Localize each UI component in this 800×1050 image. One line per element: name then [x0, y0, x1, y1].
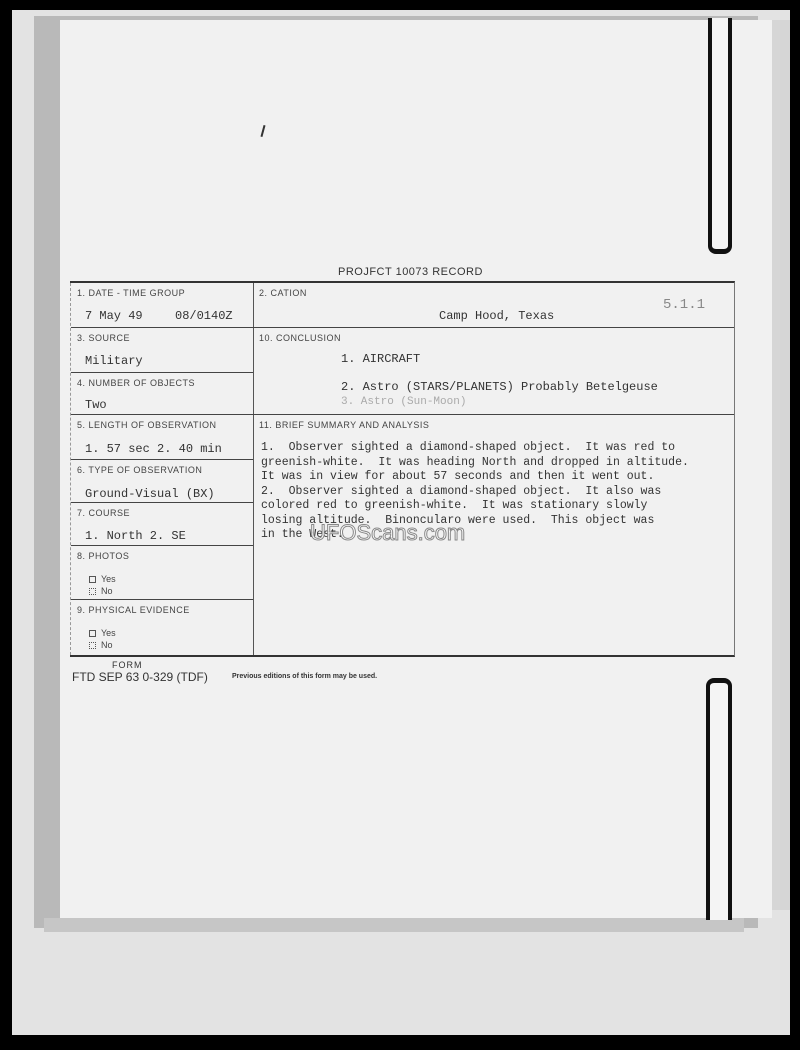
checkbox-icon: [89, 630, 96, 637]
length-cell: 5. LENGTH OF OBSERVATION 1. 57 sec 2. 40…: [71, 415, 253, 460]
objects-value: Two: [85, 398, 107, 412]
page-shadow-bottom: [44, 918, 744, 932]
time-value: 08/0140Z: [175, 309, 233, 323]
summary-label: 11. BRIEF SUMMARY AND ANALYSIS: [259, 420, 429, 430]
location-cell: 2. CATION Camp Hood, Texas 5.1.1: [253, 283, 734, 328]
photos-label: 8. PHOTOS: [77, 551, 129, 561]
course-label: 7. COURSE: [77, 508, 130, 518]
photos-cell: 8. PHOTOS Yes No: [71, 546, 253, 600]
checkbox-checked-icon: [89, 642, 96, 649]
location-value: Camp Hood, Texas: [439, 309, 554, 323]
evidence-yes-option[interactable]: Yes: [89, 628, 116, 638]
footer-form-code: FTD SEP 63 0-329 (TDF): [72, 670, 208, 684]
record-form: 1. DATE - TIME GROUP 7 May 49 08/0140Z 3…: [70, 281, 735, 657]
type-cell: 6. TYPE OF OBSERVATION Ground-Visual (BX…: [71, 460, 253, 503]
type-value: Ground-Visual (BX): [85, 487, 215, 501]
binder-clip-bottom: [706, 678, 732, 920]
conclusion-label: 10. CONCLUSION: [259, 333, 341, 343]
date-time-label: 1. DATE - TIME GROUP: [77, 288, 185, 298]
source-cell: 3. SOURCE Military: [71, 328, 253, 373]
course-value: 1. North 2. SE: [85, 529, 186, 543]
type-label: 6. TYPE OF OBSERVATION: [77, 465, 202, 475]
conclusion-cell: 10. CONCLUSION 1. AIRCRAFT 2. Astro (STA…: [253, 328, 734, 415]
photos-no-option[interactable]: No: [89, 586, 113, 596]
location-label: 2. CATION: [259, 288, 307, 298]
conclusion-item-1: 1. AIRCRAFT: [341, 352, 420, 366]
form-title: PROJFCT 10073 RECORD: [338, 266, 483, 278]
source-label: 3. SOURCE: [77, 333, 130, 343]
left-column: 1. DATE - TIME GROUP 7 May 49 08/0140Z 3…: [70, 283, 254, 655]
source-value: Military: [85, 354, 143, 368]
footer-note: Previous editions of this form may be us…: [232, 673, 377, 680]
conclusion-struck-item: 3. Astro (Sun-Moon): [341, 396, 466, 408]
page-edge: [772, 20, 790, 910]
checkbox-checked-icon: [89, 588, 96, 595]
length-value: 1. 57 sec 2. 40 min: [85, 442, 222, 456]
checkbox-icon: [89, 576, 96, 583]
evidence-cell: 9. PHYSICAL EVIDENCE Yes No: [71, 600, 253, 653]
date-value: 7 May 49: [85, 309, 143, 323]
course-cell: 7. COURSE 1. North 2. SE: [71, 503, 253, 546]
date-time-cell: 1. DATE - TIME GROUP 7 May 49 08/0140Z: [71, 283, 253, 328]
evidence-label: 9. PHYSICAL EVIDENCE: [77, 605, 190, 615]
watermark: UFOScans.com: [310, 520, 465, 546]
corner-mark: 5.1.1: [663, 297, 705, 313]
conclusion-item-2: 2. Astro (STARS/PLANETS) Probably Betelg…: [341, 380, 658, 394]
objects-cell: 4. NUMBER OF OBJECTS Two: [71, 373, 253, 415]
length-label: 5. LENGTH OF OBSERVATION: [77, 420, 217, 430]
binder-clip-top: [708, 18, 732, 254]
footer-form-label: FORM: [112, 660, 143, 670]
evidence-no-option[interactable]: No: [89, 640, 113, 650]
objects-label: 4. NUMBER OF OBJECTS: [77, 378, 195, 388]
photos-yes-option[interactable]: Yes: [89, 574, 116, 584]
